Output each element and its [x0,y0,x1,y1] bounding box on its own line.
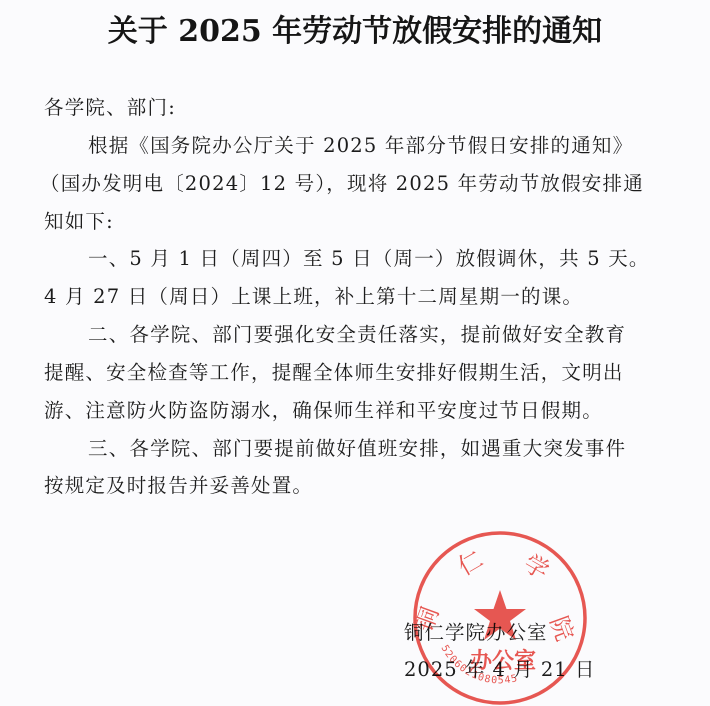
body-line-7: 提醒、安全检查等工作，提醒全体师生安排好假期生活，文明出 [44,357,624,385]
seal-char-ren: 仁 [453,545,488,581]
body-line-8: 游、注意防火防盗防溺水，确保师生祥和平安度过节日假期。 [44,395,603,423]
body-line-6: 二、各学院、部门要强化安全责任落实，提前做好安全教育 [88,319,626,347]
body-line-4: 一、5 月 1 日（周四）至 5 日（周一）放假调休，共 5 天。 [88,243,650,271]
body-line-10: 按规定及时报告并妥善处置。 [44,470,313,498]
body-line-9: 三、各学院、部门要提前做好值班安排，如遇重大突发事件 [88,433,626,461]
seal-char-xue: 学 [519,549,554,585]
body-line-3: 知如下: [44,206,114,234]
document-title: 关于 2025 年劳动节放假安排的通知 [0,6,710,50]
star-icon [474,590,526,640]
body-line-2: （国办发明电〔2024〕12 号），现将 2025 年劳动节放假安排通 [40,168,644,196]
seal-char-yuan: 院 [544,612,579,644]
salutation: 各学院、部门: [44,92,176,120]
body-line-1: 根据《国务院办公厅关于 2025 年部分节假日安排的通知》 [88,130,633,158]
body-line-5: 4 月 27 日（周日）上课上班，补上第十二周星期一的课。 [44,281,583,309]
seal-office-text: 办公室 [470,648,536,674]
official-seal-stamp: 仁 学 院 铜 办公室 5206021080545 [410,528,590,706]
